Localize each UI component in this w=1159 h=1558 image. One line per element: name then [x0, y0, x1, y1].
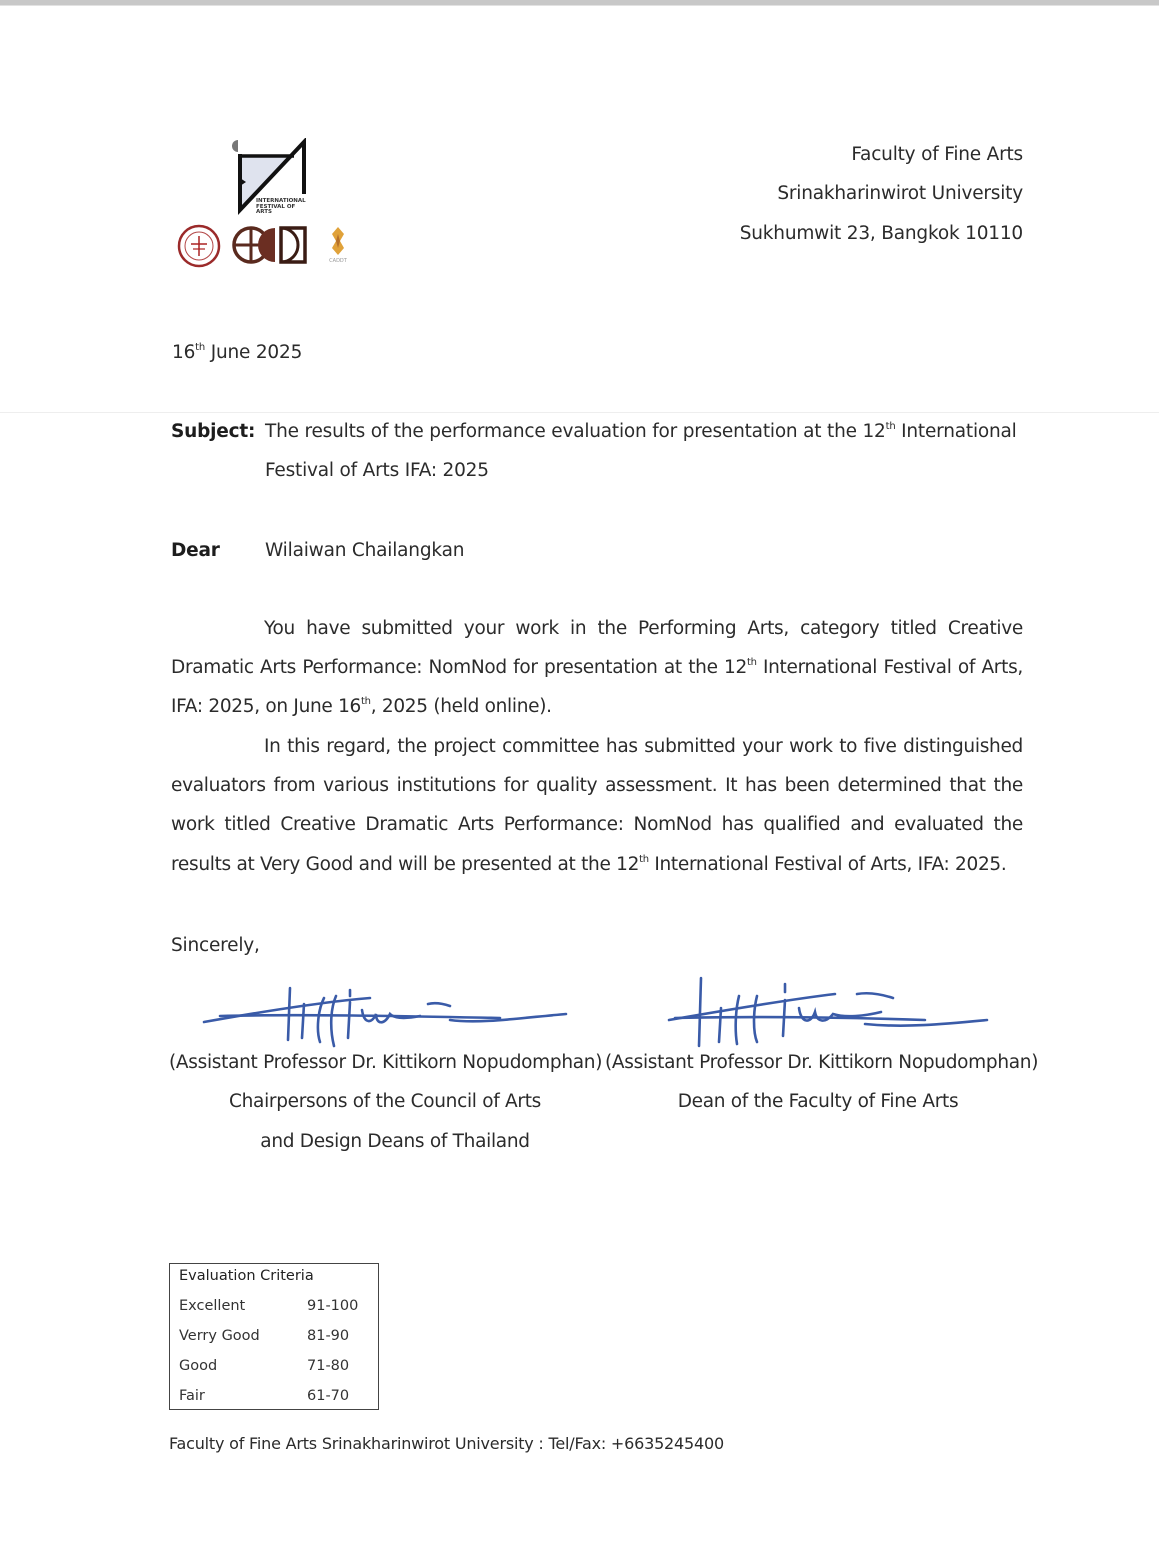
body-paragraph-1: You have submitted your work in the Perf…	[171, 609, 1023, 727]
signature-2	[665, 972, 995, 1056]
scan-artifact-line	[0, 412, 1159, 413]
signatory-2-name: (Assistant Professor Dr. Kittikorn Nopud…	[605, 1052, 1038, 1073]
recipient-name: Wilaiwan Chailangkan	[265, 540, 464, 561]
evaluation-criteria-table: Evaluation Criteria Excellent 91-100 Ver…	[169, 1263, 379, 1410]
signature-1	[200, 980, 570, 1054]
seal-icon	[177, 224, 221, 268]
closing: Sincerely,	[171, 935, 260, 956]
signatory-1-name: (Assistant Professor Dr. Kittikorn Nopud…	[169, 1052, 602, 1073]
footer-contact: Faculty of Fine Arts Srinakharinwirot Un…	[169, 1434, 724, 1453]
scan-top-edge	[0, 0, 1159, 6]
address-line-3: Sukhumwit 23, Bangkok 10110	[740, 223, 1023, 244]
subject-line-1: The results of the performance evaluatio…	[265, 421, 1017, 442]
subject-line-2: Festival of Arts IFA: 2025	[265, 460, 489, 481]
handwritten-signature-icon	[200, 980, 570, 1050]
body-paragraph-2: In this regard, the project committee ha…	[171, 727, 1023, 884]
address-line-1: Faculty of Fine Arts	[851, 144, 1023, 165]
caddt-emblem-icon	[330, 226, 346, 256]
signatory-2-title-line-1: Dean of the Faculty of Fine Arts	[602, 1091, 1034, 1112]
signatory-1-title-line-2: and Design Deans of Thailand	[179, 1131, 611, 1152]
caddt-logo: CADDT	[325, 226, 351, 264]
festival-logo-caption: INTERNATIONAL FESTIVAL OF ARTS	[256, 199, 306, 216]
handwritten-signature-icon	[665, 972, 995, 1052]
letter-date: 16th June 2025	[172, 342, 302, 363]
address-line-2: Srinakharinwirot University	[777, 183, 1023, 204]
fine-arts-emblem-icon	[231, 224, 311, 266]
signatory-1-title-line-1: Chairpersons of the Council of Arts	[169, 1091, 601, 1112]
university-seal-logo	[177, 224, 221, 272]
criteria-title: Evaluation Criteria	[179, 1268, 314, 1284]
fine-arts-logo	[231, 224, 311, 270]
salutation-label: Dear	[171, 540, 220, 561]
subject-label: Subject:	[171, 421, 255, 442]
